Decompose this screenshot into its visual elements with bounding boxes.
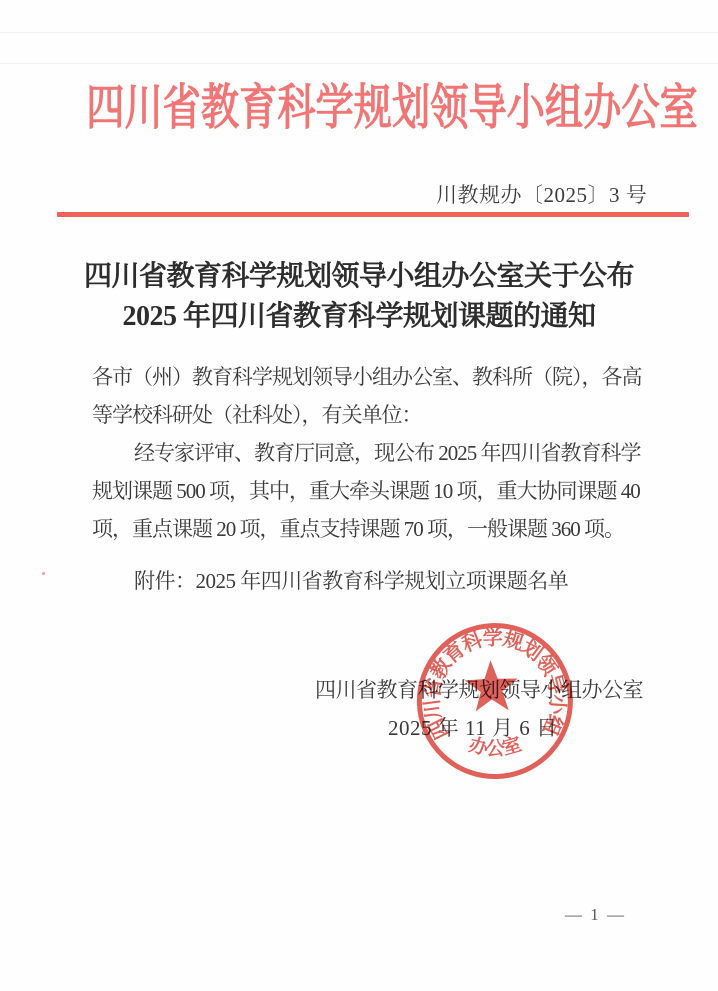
paragraph-line: 经专家评审、教育厅同意，现公布 2025 年四川省教育科学 [92, 434, 664, 472]
paragraph-line: 规划课题 500 项，其中，重大牵头课题 10 项，重大协同课题 40 [92, 472, 664, 510]
document-title-line-1: 四川省教育科学规划领导小组办公室关于公布 [0, 257, 718, 297]
scan-artifact-line [0, 32, 718, 33]
document-number: 川教规办〔2025〕3 号 [436, 179, 647, 209]
official-seal: 四川省教育科学规划领导小组 办公室 [410, 619, 581, 790]
page-number: — 1 — [565, 905, 626, 925]
letterhead: 四川省教育科学规划领导小组办公室 [0, 74, 718, 142]
scan-artifact-speck [42, 572, 45, 575]
seal-bottom-text: 办公室 [466, 731, 525, 761]
letterhead-title: 四川省教育科学规划领导小组办公室 [86, 74, 698, 142]
document-title: 四川省教育科学规划领导小组办公室关于公布 2025 年四川省教育科学规划课题的通… [0, 257, 718, 337]
salutation-line: 各市（州）教育科学规划领导小组办公室、教科所（院），各高 [92, 358, 664, 396]
red-divider-rule [57, 212, 689, 217]
document-title-line-2: 2025 年四川省教育科学规划课题的通知 [0, 297, 718, 337]
body-text: 各市（州）教育科学规划领导小组办公室、教科所（院），各高 等学校科研处（社科处）… [92, 358, 664, 548]
attachment-line: 附件：2025 年四川省教育科学规划立项课题名单 [134, 566, 568, 596]
salutation-line: 等学校科研处（社科处），有关单位： [92, 396, 664, 434]
scan-artifact-line [0, 63, 718, 64]
seal-star-icon [464, 659, 519, 712]
document-page: 四川省教育科学规划领导小组办公室 川教规办〔2025〕3 号 四川省教育科学规划… [0, 0, 718, 991]
paragraph-line: 项，重点课题 20 项，重点支持课题 70 项，一般课题 360 项。 [92, 510, 664, 548]
